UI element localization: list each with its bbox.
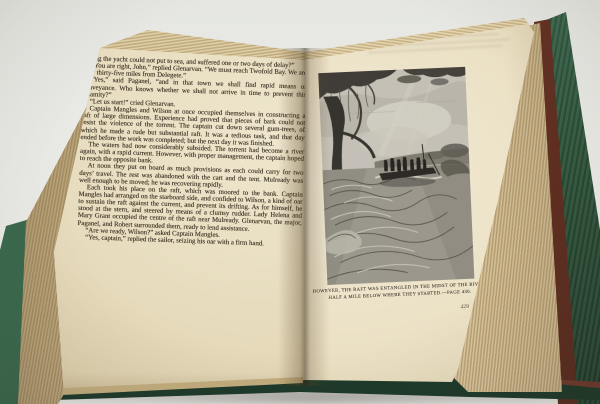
photo-of-open-book: 428 HELPLESS AND HOPELESS. posing the ya…	[0, 0, 600, 404]
photo-vignette	[0, 0, 600, 404]
